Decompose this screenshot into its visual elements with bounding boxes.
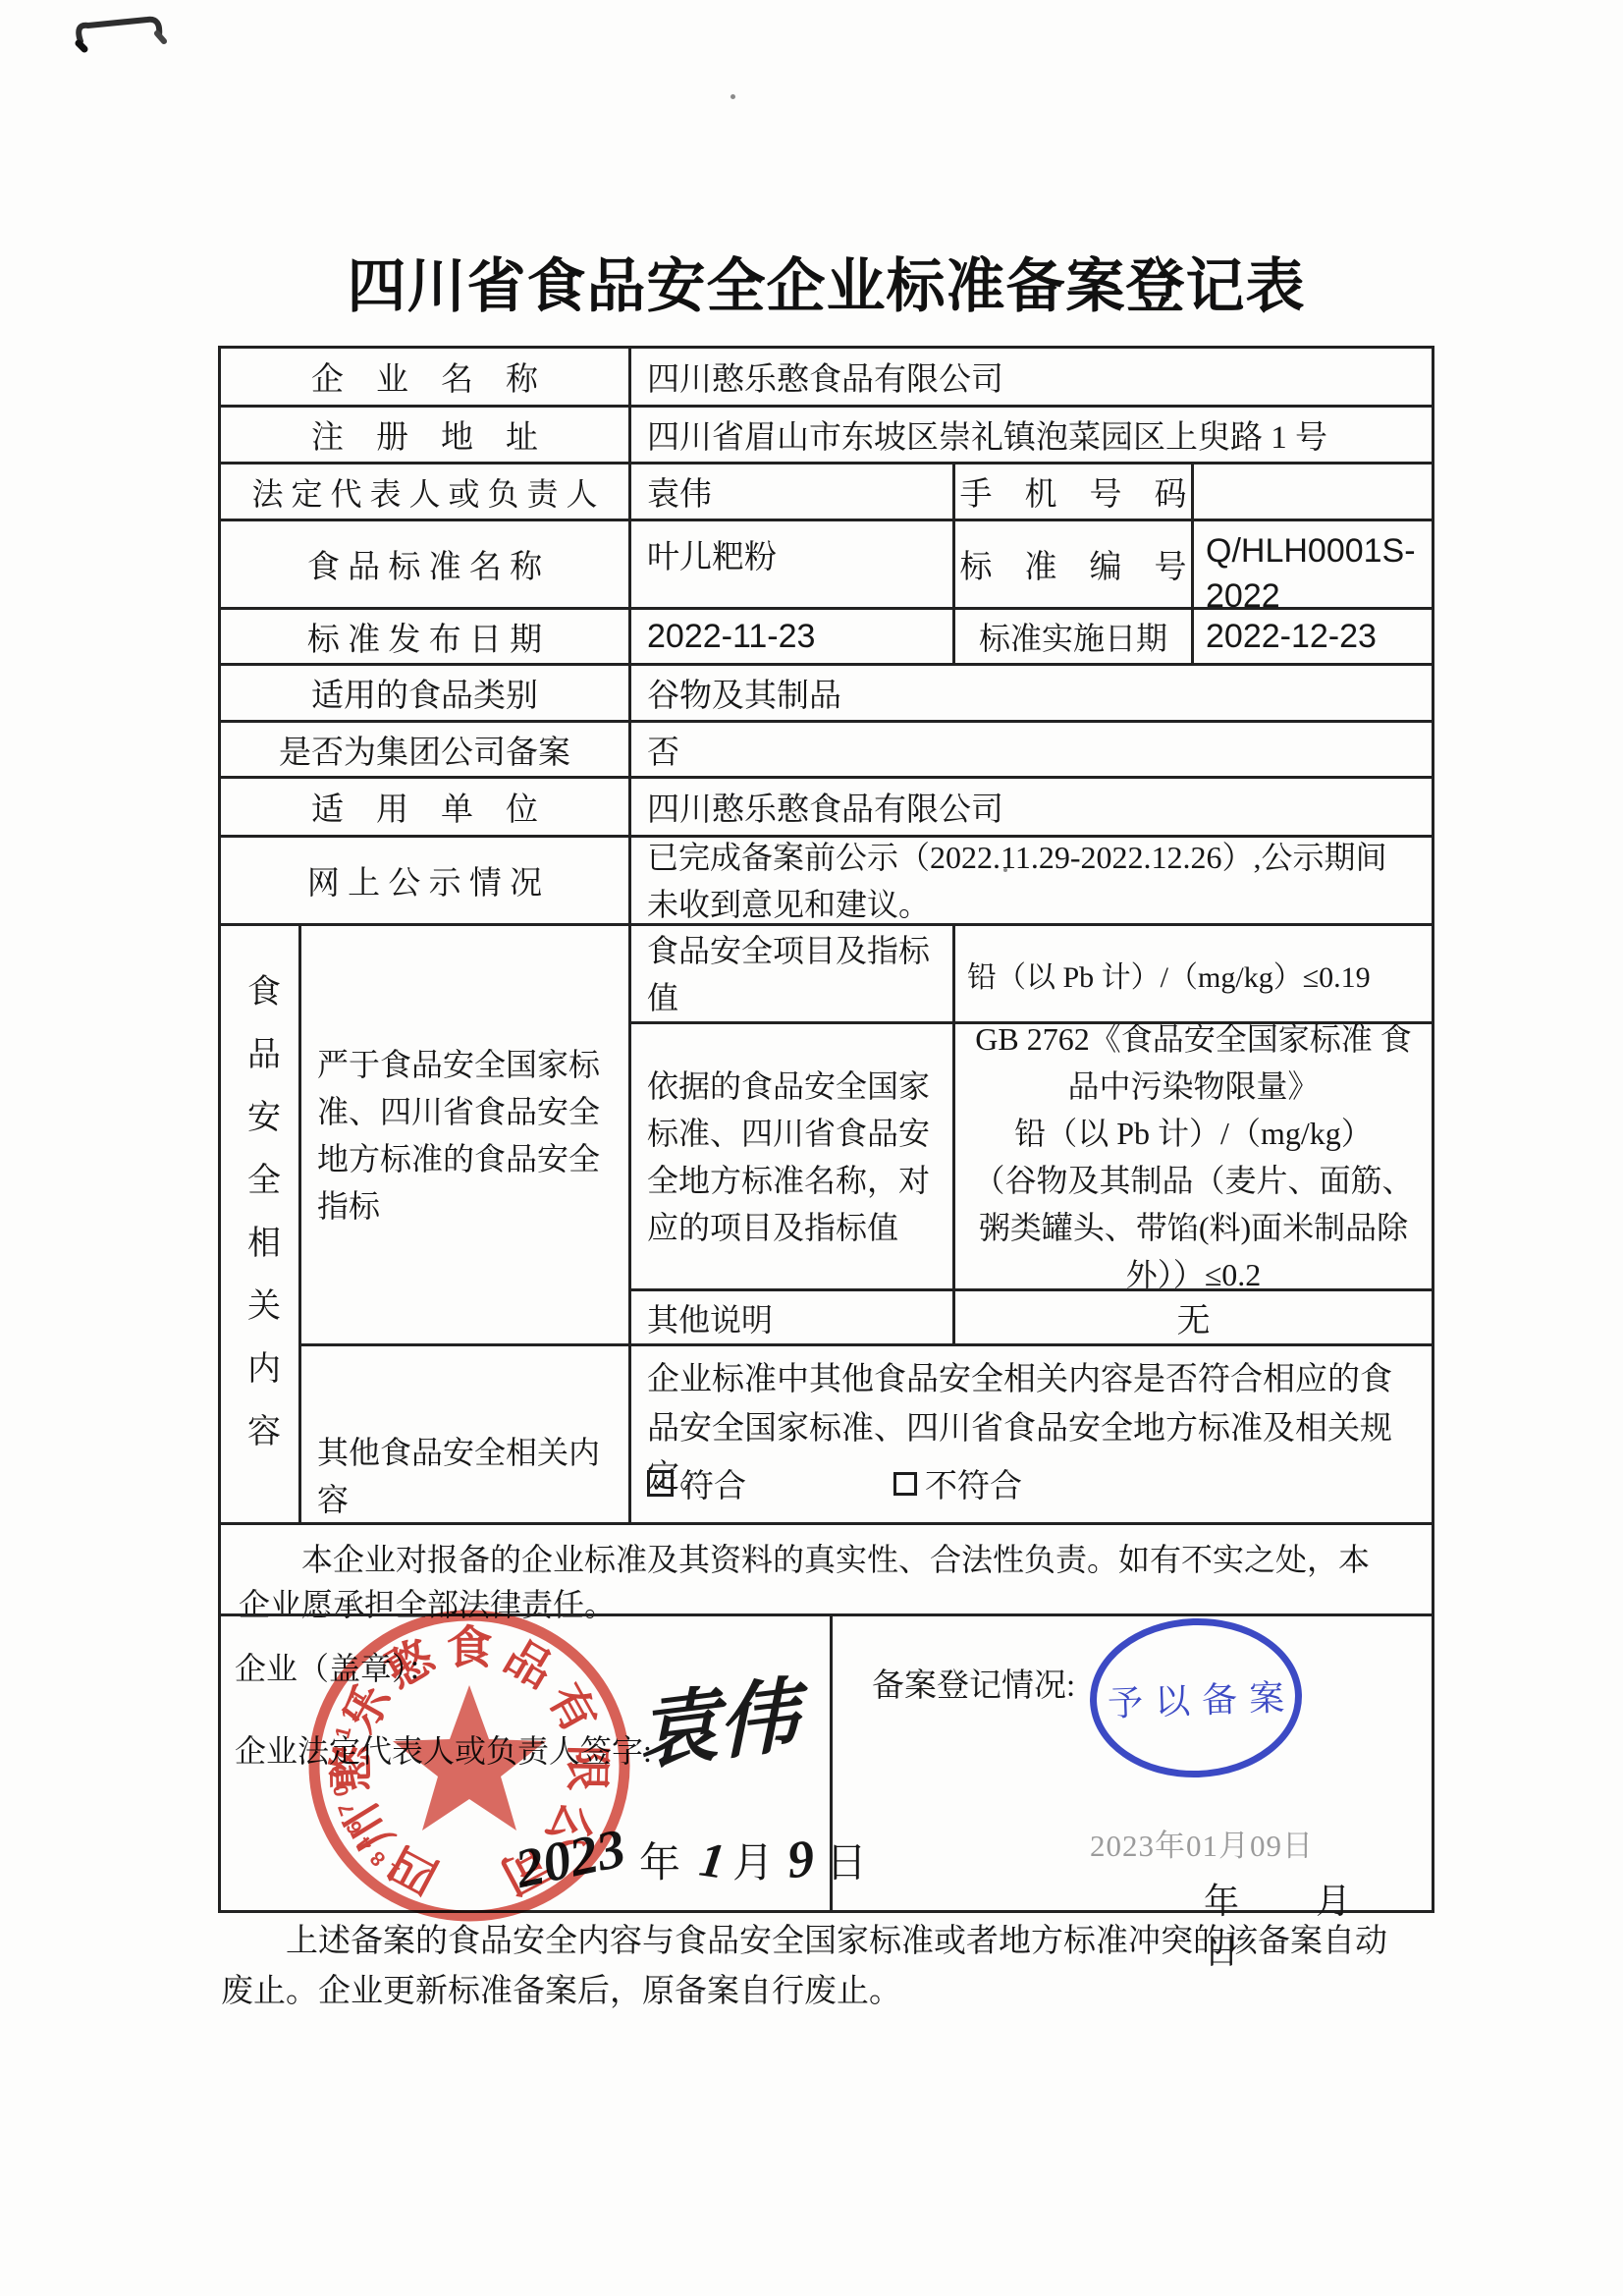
mobile-label: 手 机 号 码 — [952, 462, 1194, 521]
nonconform-checkbox — [893, 1472, 917, 1496]
safety-item-label: 食品安全项目及指标 值 — [628, 923, 955, 1024]
safety-item-value: 铅（以 Pb 计）/（mg/kg）≤0.19 — [952, 923, 1434, 1024]
svg-text:食: 食 — [447, 1623, 493, 1674]
approval-stamp: 予以备案 — [1087, 1614, 1305, 1780]
safety-stricter-label: 严于食品安全国家标 准、四川省食品安全 地方标准的食品安全 指标 — [298, 923, 631, 1346]
legal-rep-value: 袁伟 — [628, 462, 955, 521]
registration-cell: 备案登记情况: 予以备案 2023年01月09日 年 月 日 — [830, 1613, 1434, 1913]
registration-label: 备案登记情况: — [872, 1660, 1075, 1706]
company-name-value: 四川憨乐憨食品有限公司 — [628, 346, 1434, 408]
nonconform-label: 不符合 — [925, 1460, 1022, 1506]
online-notice-label: 网 上 公 示 情 况 — [218, 835, 631, 926]
applicable-unit-label: 适 用 单 位 — [218, 776, 631, 838]
online-notice-value: 已完成备案前公示（2022.11.29-2022.12.26）,公示期间 未收到… — [628, 835, 1434, 926]
company-name-label: 企 业 名 称 — [218, 346, 631, 408]
publish-date-label: 标 准 发 布 日 期 — [218, 607, 631, 666]
std-no-label: 标 准 编 号 — [952, 519, 1194, 610]
food-category-value: 谷物及其制品 — [628, 663, 1434, 723]
group-filing-label: 是否为集团公司备案 — [218, 720, 631, 779]
safety-side-label: 食品安全相关内容 — [218, 923, 301, 1525]
svg-text:限: 限 — [560, 1744, 612, 1791]
conform-checkbox: ✓ — [647, 1470, 674, 1497]
handwritten-day: 9 — [785, 1831, 817, 1886]
footer-note: 上述备案的食品安全内容与食品安全国家标准或者地方标准冲突的该备案自动 废止。企业… — [221, 1917, 1429, 2017]
stamp-date: 2023年01月09日 — [1090, 1821, 1314, 1865]
approval-stamp-text: 予以备案 — [1095, 1669, 1297, 1726]
applicable-unit-value: 四川憨乐憨食品有限公司 — [628, 776, 1434, 838]
std-no-value: Q/HLH0001S-2022 — [1191, 519, 1434, 610]
safety-other-note-label: 其他说明 — [628, 1288, 955, 1346]
legal-rep-label: 法 定 代 表 人 或 负 责 人 — [218, 462, 631, 521]
svg-text:0: 0 — [328, 1765, 351, 1777]
month-char: 月 — [732, 1831, 774, 1889]
safety-basis-value: GB 2762《食品安全国家标准 食 品中污染物限量》 铅（以 Pb 计）/（m… — [952, 1021, 1434, 1291]
conformance-options: ✓ 符合 不符合 — [647, 1460, 1022, 1506]
registered-address-label: 注 册 地 址 — [218, 405, 631, 465]
seal-star-icon — [393, 1685, 546, 1831]
mobile-value — [1191, 462, 1434, 521]
std-name-value: 叶儿粑粉 — [628, 519, 955, 610]
handwritten-month: 1 — [697, 1834, 729, 1886]
company-seal: 四川憨乐憨食品有限公司 11140076481 — [295, 1603, 644, 1933]
page-title: 四川省食品安全企业标准备案登记表 — [218, 240, 1434, 324]
std-name-label: 食 品 标 准 名 称 — [218, 519, 631, 610]
safety-other-note-value: 无 — [952, 1288, 1434, 1346]
food-category-label: 适用的食品类别 — [218, 663, 631, 723]
impl-date-label: 标准实施日期 — [952, 607, 1194, 666]
staple-mark — [69, 8, 167, 55]
conform-label: 符合 — [681, 1460, 746, 1506]
registered-address-value: 四川省眉山市东坡区崇礼镇泡菜园区上臾路 1 号 — [628, 405, 1434, 465]
year-char: 年 — [639, 1831, 680, 1889]
handwritten-signature: 袁伟 — [637, 1675, 800, 1776]
scanned-document-page: 四川省食品安全企业标准备案登记表 企 业 名 称 四川憨乐憨食品有限公司 注 册… — [0, 0, 1623, 2296]
impl-date-value: 2022-12-23 — [1191, 607, 1434, 666]
group-filing-value: 否 — [628, 720, 1434, 779]
safety-basis-label: 依据的食品安全国家 标准、四川省食品安 全地方标准名称，对 应的项目及指标值 — [628, 1021, 955, 1291]
publish-date-value: 2022-11-23 — [628, 607, 955, 666]
safety-other-value: 企业标准中其他食品安全相关内容是否符合相应的食 品安全国家标准、四川省食品安全地… — [628, 1343, 1434, 1525]
scan-speck — [730, 94, 735, 99]
safety-other-label: 其他食品安全相关内 容 — [298, 1343, 631, 1525]
